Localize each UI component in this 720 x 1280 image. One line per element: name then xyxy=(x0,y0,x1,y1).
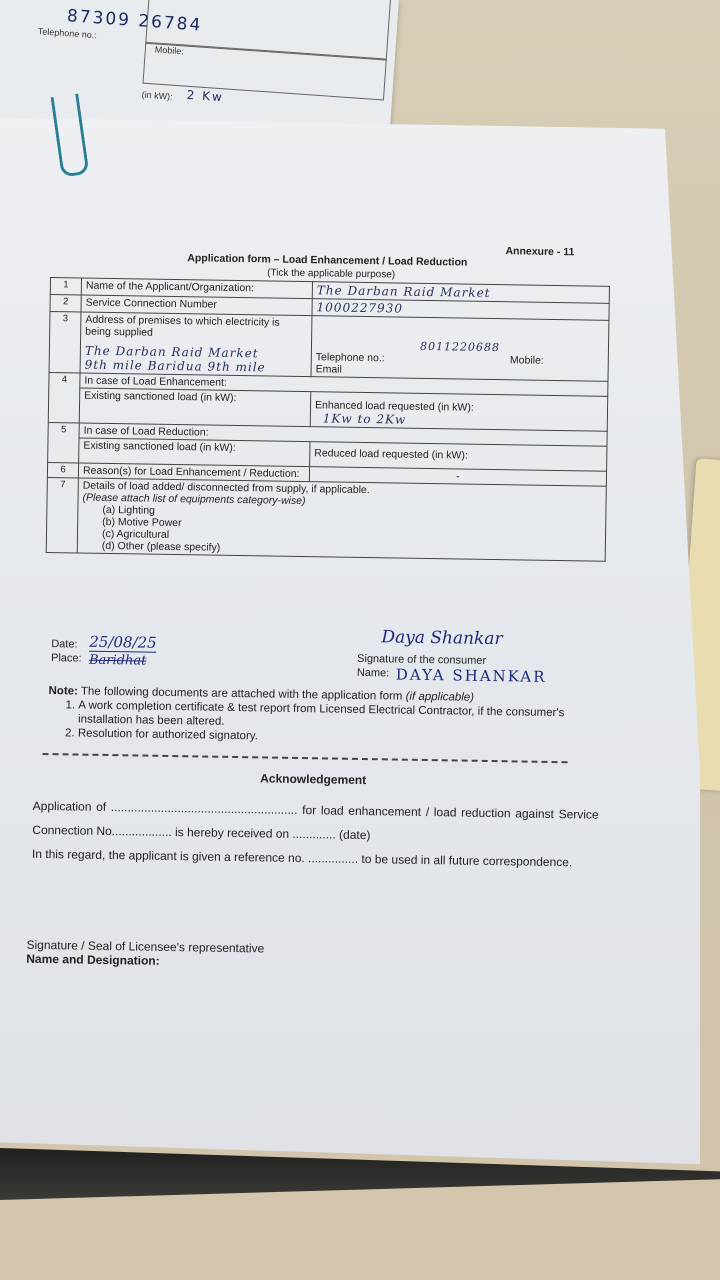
note-text-italic: (if applicable) xyxy=(406,691,475,704)
place-label: Place: xyxy=(51,652,82,664)
place-value[interactable]: Baridhat xyxy=(89,653,147,669)
table-row: 7 Details of load added/ disconnected fr… xyxy=(46,478,606,562)
consumer-signature[interactable]: Daya Shankar xyxy=(381,627,502,649)
date-label: Date: xyxy=(51,638,77,650)
row-number: 7 xyxy=(46,478,78,553)
name-label: Name: xyxy=(357,667,390,680)
mobile-label: Mobile: xyxy=(510,354,544,367)
reason-value: - xyxy=(456,470,460,482)
form-title: Application form – Load Enhancement / Lo… xyxy=(187,252,467,268)
existing-load-label: Existing sanctioned load (in kW): xyxy=(79,438,310,467)
consumer-name-value[interactable]: DAYA SHANKAR xyxy=(396,666,547,686)
date-value[interactable]: 25/08/25 xyxy=(89,633,157,653)
existing-load-label: Existing sanctioned load (in kW): xyxy=(79,388,311,427)
applicant-name-value: The Darban Raid Market xyxy=(317,283,491,300)
licensee-block: Signature / Seal of Licensee's represent… xyxy=(26,938,264,970)
row-label: Address of premises to which electricity… xyxy=(85,314,307,341)
annexure-label: Annexure - 11 xyxy=(505,245,574,258)
telephone-label: Telephone no.: xyxy=(316,351,385,364)
name-designation-label: Name and Designation: xyxy=(26,952,160,968)
row-number: 4 xyxy=(48,373,80,423)
cut-line-divider xyxy=(43,753,568,763)
note-label: Note: xyxy=(48,685,78,697)
acknowledgement-title: Acknowledgement xyxy=(260,771,366,787)
reduced-load-label: Reduced load requested (in kW): xyxy=(314,447,602,464)
form-document: Annexure - 11 Application form – Load En… xyxy=(0,0,720,1280)
acknowledgement-body: Application of .........................… xyxy=(32,794,599,875)
enhanced-load-field[interactable]: Enhanced load requested (in kW): 1Kw to … xyxy=(310,392,608,432)
address-line-2: 9th mile Baridua 9th mile xyxy=(85,358,307,375)
note-section: Note: The following documents are attach… xyxy=(48,684,609,749)
row-number: 5 xyxy=(48,423,80,463)
row-number: 1 xyxy=(50,278,81,295)
contact-cell: 8011220688 Telephone no.: Mobile: Email xyxy=(311,316,609,382)
row-number: 3 xyxy=(49,312,81,373)
load-details-cell: Details of load added/ disconnected from… xyxy=(77,478,606,561)
form-subtitle: (Tick the applicable purpose) xyxy=(267,267,395,280)
service-connection-value: 1000227930 xyxy=(316,300,403,315)
signature-label: Signature of the consumer xyxy=(357,653,486,667)
row-number: 6 xyxy=(47,463,78,478)
row-number: 2 xyxy=(50,295,81,312)
application-table: 1 Name of the Applicant/Organization: Th… xyxy=(46,277,610,562)
table-row: 3 Address of premises to which electrici… xyxy=(49,312,609,382)
address-cell[interactable]: Address of premises to which electricity… xyxy=(80,312,312,377)
